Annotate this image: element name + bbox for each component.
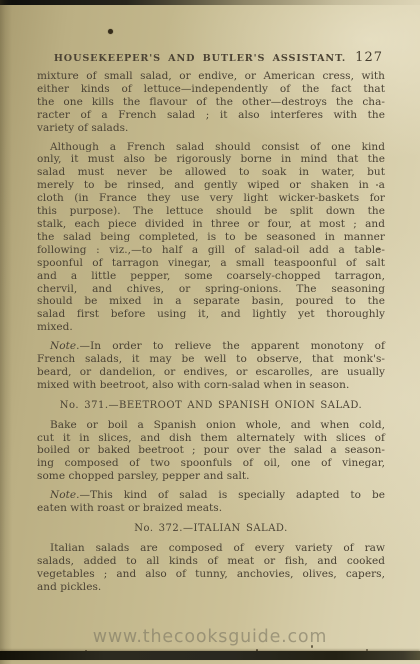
section-heading: No. 372.—ITALIAN SALAD. xyxy=(37,523,385,536)
paragraph: Note.—This kind of salad is specially ad… xyxy=(37,489,385,515)
running-title: HOUSEKEEPER'S AND BUTLER'S ASSISTANT. xyxy=(37,53,363,64)
text-line: cut it in slices, and dish them alternat… xyxy=(37,432,385,445)
text-line: salad first before using it, and lightly… xyxy=(37,308,385,321)
text-line: should be mixed in a separate basin, pou… xyxy=(37,295,385,308)
text-line: mixed with beetroot, also with corn-sala… xyxy=(37,379,385,392)
section-heading: No. 371.—BEETROOT AND SPANISH ONION SALA… xyxy=(37,400,385,413)
text-line: variety of salads. xyxy=(37,122,385,135)
ink-speck xyxy=(311,645,313,648)
text-line: salads, added to all kinds of meat or fi… xyxy=(37,555,385,568)
text-line: mixed. xyxy=(37,321,385,334)
ink-speck xyxy=(108,29,113,34)
text-line: the salad being completed, is to be seas… xyxy=(37,231,385,244)
text-line: and pickles. xyxy=(37,581,385,594)
text-line: the one kills the flavour of the other—d… xyxy=(37,96,385,109)
watermark: www.thecooksguide.com xyxy=(0,627,420,647)
text-line: merely to be rinsed, and gently wiped or… xyxy=(37,179,385,192)
text-line: Note.—This kind of salad is specially ad… xyxy=(37,489,385,502)
scan-left-edge xyxy=(0,0,12,664)
ink-speck xyxy=(376,184,378,186)
text-line: and a little pepper, some coarsely-chopp… xyxy=(37,270,385,283)
text-line: Although a French salad should consist o… xyxy=(37,141,385,154)
paragraph: Although a French salad should consist o… xyxy=(37,141,385,335)
scan-top-edge xyxy=(0,0,420,5)
text-line: some chopped parsley, pepper and salt. xyxy=(37,470,385,483)
page-number: 127 xyxy=(355,50,383,65)
text-line: ing composed of two spoonfuls of oil, on… xyxy=(37,457,385,470)
paragraph: Italian salads are composed of every var… xyxy=(37,542,385,594)
text-line: this purpose). The lettuce should be spl… xyxy=(37,205,385,218)
text-line: eaten with roast or braized meats. xyxy=(37,502,385,515)
scan-bottom-edge xyxy=(0,651,420,660)
text-line: French salads, it may be well to observe… xyxy=(37,353,385,366)
page-body: mixture of small salad, or endive, or Am… xyxy=(37,70,385,594)
paragraph: Note.—In order to relieve the apparent m… xyxy=(37,340,385,392)
text-line: cloth (in France they use very light wic… xyxy=(37,192,385,205)
book-page: HOUSEKEEPER'S AND BUTLER'S ASSISTANT. 12… xyxy=(0,0,420,664)
text-line: only, it must also be rigorously borne i… xyxy=(37,153,385,166)
text-line: Italian salads are composed of every var… xyxy=(37,542,385,555)
text-line: Bake or boil a Spanish onion whole, and … xyxy=(37,419,385,432)
text-line: racter of a French salad ; it also inter… xyxy=(37,109,385,122)
text-line: chervil, and chives, or spring-onions. T… xyxy=(37,283,385,296)
text-line: spoonful of tarragon vinegar, a small te… xyxy=(37,257,385,270)
text-line: salad must never be allowed to soak in w… xyxy=(37,166,385,179)
ink-speck xyxy=(377,248,380,250)
text-line: mixture of small salad, or endive, or Am… xyxy=(37,70,385,83)
text-line: vegetables ; and also of tunny, anchovie… xyxy=(37,568,385,581)
page-header: HOUSEKEEPER'S AND BUTLER'S ASSISTANT. 12… xyxy=(37,50,385,66)
text-line: following : viz.,—to half a gill of sala… xyxy=(37,244,385,257)
paragraph: mixture of small salad, or endive, or Am… xyxy=(37,70,385,135)
text-line: stalk, each piece divided in three or fo… xyxy=(37,218,385,231)
text-line: either kinds of lettuce—independently of… xyxy=(37,83,385,96)
text-line: boiled or baked beetroot ; pour over the… xyxy=(37,444,385,457)
text-line: Note.—In order to relieve the apparent m… xyxy=(37,340,385,353)
paragraph: Bake or boil a Spanish onion whole, and … xyxy=(37,419,385,484)
text-line: beard, or dandelion, or endives, or esca… xyxy=(37,366,385,379)
